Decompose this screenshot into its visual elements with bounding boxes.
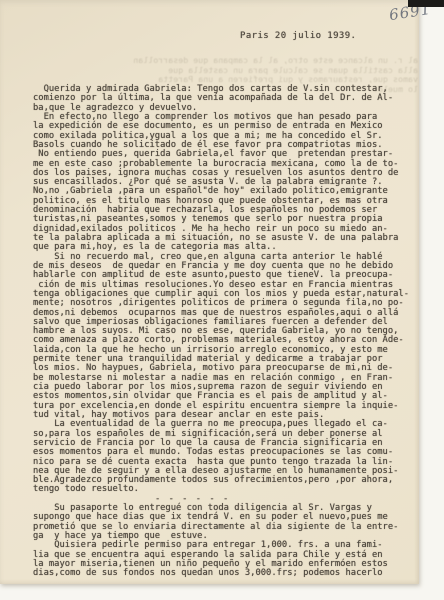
letter-paragraph-familia: Quisiera pedirle permiso para entregar 1… xyxy=(33,541,419,578)
letter-paragraph-emigrante: No entiendo pues, querida Gabriela,el fa… xyxy=(33,150,419,252)
letter-paragraph-pasaporte: Su pasaporte lo entregué con toda dilige… xyxy=(33,504,419,541)
dateline: Paris 20 julio 1939. xyxy=(240,31,356,41)
letter-page: al r. un alcance este otro, al la campan… xyxy=(0,0,419,584)
letter-paragraph-francia: Si no recuerdo mal, creo que,en alguna c… xyxy=(33,253,419,421)
letter-paragraph-guerra: La eventualidad de la guerra no me preoc… xyxy=(33,420,419,495)
letter-body: Querida y admirada Gabriela: Tengo dos c… xyxy=(33,85,419,579)
letter-paragraph-salutation: Querida y admirada Gabriela: Tengo dos c… xyxy=(33,85,419,113)
scan-edge-artifact xyxy=(408,0,444,7)
letter-paragraph-document: En efecto,no llego a comprender los moti… xyxy=(33,113,419,150)
scan-background: { "colors": { "paper": "#ede4cf", "ink":… xyxy=(0,0,444,600)
